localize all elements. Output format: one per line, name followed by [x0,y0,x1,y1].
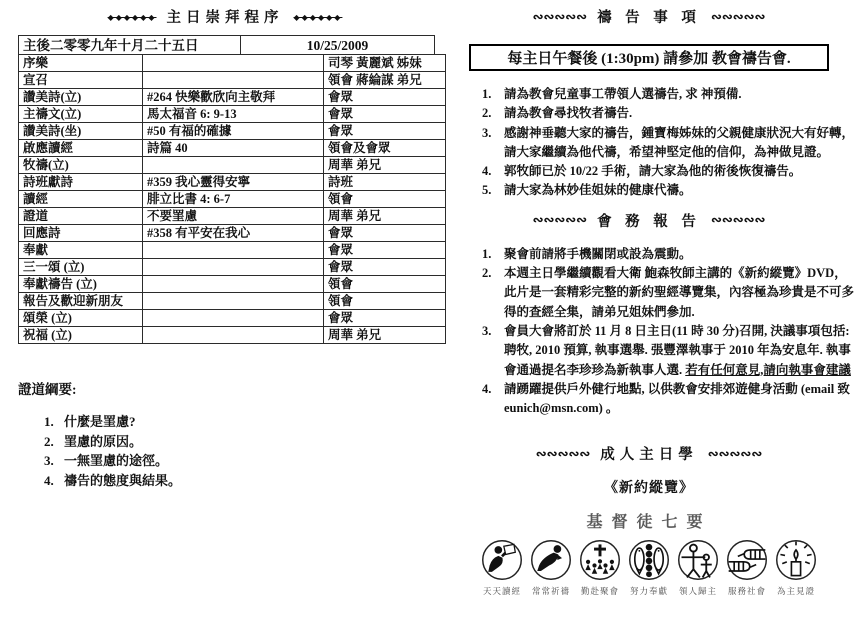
seven-label: 努力奉獻 [630,585,668,597]
worship-order-row: 讚美詩(坐) #50 有福的確據 會眾 [19,123,446,140]
date-numeric: 10/25/2009 [241,36,435,55]
seven-essentials-section: 基督徒七要 天天讀經 [438,509,860,597]
worship-order-row: 序樂 司琴 黃麗斌 姊妹 [19,55,446,72]
bulletin-page: ◆◆◆◆◆◆ 主日崇拜程序 ◆◆◆◆◆◆ 主後二零零九年十月二十五日 10/25… [0,0,864,633]
swirl-chain-icon: ∾∾∾∾∾ [533,9,587,25]
program-item: 讀經 [19,191,143,208]
report-item-text: 會員大會將訂於 11 月 8 日主日(11 時 30 分)召開, 決議事項包括:… [504,322,856,380]
swirl-chain-icon: ∾∾∾∾∾ [708,446,762,462]
prayer-item: 2. 請為教會尋找牧者禱告. [482,104,856,123]
report-item-body: 聚會前請將手機關閉或設為震動。 [504,247,692,261]
sunday-school-title: 成人主日學 [600,443,698,464]
program-leader: 詩班 [324,174,446,191]
outline-item-text: 禱告的態度與結果。 [64,471,432,491]
program-leader: 司琴 黃麗斌 姊妹 [324,55,446,72]
prayer-items-title-row: ∾∾∾∾∾ 禱 告 事 項 ∾∾∾∾∾ [438,6,860,27]
program-content [143,259,324,276]
worship-order-row: 讀經 腓立比書 4: 6-7 領會 [19,191,446,208]
prayer-item-number: 1. [482,85,504,104]
outline-item-number: 3. [44,451,64,471]
evangelism-icon [676,538,720,582]
bible-reading-icon [480,538,524,582]
worship-order-row: 啟應讀經 詩篇 40 領會及會眾 [19,140,446,157]
program-item: 奉獻禱告 (立) [19,276,143,293]
ribbon-chain-icon: ◆◆◆◆◆◆ [108,12,157,22]
report-title-row: ∾∾∾∾∾ 會 務 報 告 ∾∾∾∾∾ [438,210,860,231]
program-item: 回應詩 [19,225,143,242]
program-content: 腓立比書 4: 6-7 [143,191,324,208]
seven-item-offering: 努力奉獻 [626,538,673,597]
program-content [143,293,324,310]
announcements-section: ∾∾∾∾∾ 禱 告 事 項 ∾∾∾∾∾ 每主日午餐後 (1:30pm) 請參加 … [438,6,860,597]
prayer-item-text: 請為教會兒童事工帶領人選禱告, 求 神預備. [504,85,856,104]
outline-item: 3. 一無罣慮的途徑。 [44,451,432,471]
outline-item: 4. 禱告的態度與結果。 [44,471,432,491]
seven-essentials-heading: 基督徒七要 [438,509,860,532]
program-leader: 領會 [324,191,446,208]
program-content [143,72,324,89]
outline-item-number: 4. [44,471,64,491]
seven-item-prayer: 常常祈禱 [528,538,575,597]
program-item: 序樂 [19,55,143,72]
report-item-number: 3. [482,322,504,380]
report-item-body: 請踴躍提供戶外健行地點, 以供教會安排郊遊健身活動 (email 致 eunic… [504,382,850,415]
program-leader: 周華 弟兄 [324,157,446,174]
program-item: 讚美詩(立) [19,89,143,106]
program-leader: 領會 [324,276,446,293]
community-service-icon [725,538,769,582]
program-leader: 會眾 [324,106,446,123]
worship-order-row: 奉獻禱告 (立) 領會 [19,276,446,293]
program-content: 不要罣慮 [143,208,324,225]
seven-item-evangelism: 領人歸主 [675,538,722,597]
sermon-outline-section: 證道綱要: 1. 什麼是罣慮? 2. 罣慮的原因。 3. 一無罣 [18,378,432,490]
worship-order-row: 報告及歡迎新朋友 領會 [19,293,446,310]
program-content [143,327,324,344]
program-leader: 周華 弟兄 [324,208,446,225]
program-content [143,242,324,259]
prayer-item: 5. 請大家為林妙佳姐妹的健康代禱。 [482,181,856,200]
ribbon-chain-icon: ◆◆◆◆◆◆ [294,12,343,22]
prayer-item-text: 感謝神垂聽大家的禱告，鍾寶梅姊妹的父親健康狀況大有好轉，請大家繼續為他代禱，希望… [504,124,856,163]
program-leader: 會眾 [324,310,446,327]
outline-item: 2. 罣慮的原因。 [44,432,432,452]
report-item-text: 本週主日學繼續觀看大衛 鮑森牧師主講的《新約縱覽》DVD，此片是一套精彩完整的新… [504,264,856,322]
outline-item-number: 1. [44,412,64,432]
date-row: 主後二零零九年十月二十五日 10/25/2009 [19,36,435,55]
seven-label: 勤赴聚會 [581,585,619,597]
report-item: 1. 聚會前請將手機關閉或設為震動。 [482,245,856,264]
witness-candle-icon [774,538,818,582]
gathering-icon [578,538,622,582]
worship-order-row: 三一頌 (立) 會眾 [19,259,446,276]
program-leader: 領會 蔣綸謀 弟兄 [324,72,446,89]
outline-item-text: 一無罣慮的途徑。 [64,451,432,471]
report-items-list: 1. 聚會前請將手機關閉或設為震動。 2. 本週主日學繼續觀看大衛 鮑森牧師主講… [482,245,856,419]
worship-order-table: 序樂 司琴 黃麗斌 姊妹 宣召 領會 蔣綸謀 弟兄 讚美詩(立) #264 快樂… [18,54,446,344]
sunday-school-title-row: ∾∾∾∾∾ 成人主日學 ∾∾∾∾∾ [438,443,860,464]
seven-label: 為主見證 [777,585,815,597]
prayer-icon [529,538,573,582]
report-item-text: 聚會前請將手機關閉或設為震動。 [504,245,856,264]
outline-item-number: 2. [44,432,64,452]
worship-order-rows: 序樂 司琴 黃麗斌 姊妹 宣召 領會 蔣綸謀 弟兄 讚美詩(立) #264 快樂… [19,55,446,344]
outline-item-text: 罣慮的原因。 [64,432,432,452]
program-content: 馬太福音 6: 9-13 [143,106,324,123]
sermon-outline-list: 1. 什麼是罣慮? 2. 罣慮的原因。 3. 一無罣慮的途徑。 4. [44,412,432,490]
worship-order-row: 頌榮 (立) 會眾 [19,310,446,327]
program-leader: 會眾 [324,242,446,259]
program-leader: 周華 弟兄 [324,327,446,344]
swirl-chain-icon: ∾∾∾∾∾ [536,446,590,462]
seven-item-witness: 為主見證 [773,538,820,597]
program-content [143,55,324,72]
prayer-item-number: 3. [482,124,504,163]
worship-order-row: 詩班獻詩 #359 我心靈得安寧 詩班 [19,174,446,191]
prayer-item-text: 請為教會尋找牧者禱告. [504,104,856,123]
worship-order-row: 證道 不要罣慮 周華 弟兄 [19,208,446,225]
program-item: 三一頌 (立) [19,259,143,276]
date-row-table: 主後二零零九年十月二十五日 10/25/2009 [18,35,435,55]
seven-label: 常常祈禱 [532,585,570,597]
prayer-item: 3. 感謝神垂聽大家的禱告，鍾寶梅姊妹的父親健康狀況大有好轉，請大家繼續為他代禱… [482,124,856,163]
report-item-number: 4. [482,380,504,419]
sermon-outline-heading: 證道綱要: [18,378,432,398]
swirl-chain-icon: ∾∾∾∾∾ [711,212,765,228]
worship-order-row: 主禱文(立) 馬太福音 6: 9-13 會眾 [19,106,446,123]
program-item: 宣召 [19,72,143,89]
program-content: 詩篇 40 [143,140,324,157]
outline-item: 1. 什麼是罣慮? [44,412,432,432]
program-item: 詩班獻詩 [19,174,143,191]
program-item: 讚美詩(坐) [19,123,143,140]
prayer-meeting-notice: 每主日午餐後 (1:30pm) 請參加 教會禱告會. [469,44,829,71]
program-leader: 會眾 [324,225,446,242]
worship-order-row: 宣召 領會 蔣綸謀 弟兄 [19,72,446,89]
program-content [143,157,324,174]
report-item: 2. 本週主日學繼續觀看大衛 鮑森牧師主講的《新約縱覽》DVD，此片是一套精彩完… [482,264,856,322]
worship-order-section: ◆◆◆◆◆◆ 主日崇拜程序 ◆◆◆◆◆◆ 主後二零零九年十月二十五日 10/25… [18,6,432,490]
prayer-items-title: 禱 告 事 項 [597,6,701,27]
program-item: 證道 [19,208,143,225]
program-item: 啟應讀經 [19,140,143,157]
report-item: 3. 會員大會將訂於 11 月 8 日主日(11 時 30 分)召開, 決議事項… [482,322,856,380]
program-leader: 會眾 [324,89,446,106]
worship-order-title: 主日崇拜程序 [167,6,284,27]
seven-item-gathering: 勤赴聚會 [577,538,624,597]
program-leader: 會眾 [324,123,446,140]
seven-label: 領人歸主 [679,585,717,597]
program-content: #358 有平安在我心 [143,225,324,242]
program-item: 頌榮 (立) [19,310,143,327]
seven-essentials-row: 天天讀經 常常祈禱 [438,538,860,597]
program-item: 奉獻 [19,242,143,259]
outline-item-text: 什麼是罣慮? [64,412,432,432]
prayer-items-list: 1. 請為教會兒童事工帶領人選禱告, 求 神預備. 2. 請為教會尋找牧者禱告.… [482,85,856,201]
program-content [143,310,324,327]
program-item: 祝福 (立) [19,327,143,344]
prayer-item-number: 5. [482,181,504,200]
offering-icon [627,538,671,582]
sunday-school-subtitle: 《新約縱覽》 [438,477,860,497]
worship-order-title-row: ◆◆◆◆◆◆ 主日崇拜程序 ◆◆◆◆◆◆ [18,6,432,27]
swirl-chain-icon: ∾∾∾∾∾ [533,212,587,228]
report-item-text: 請踴躍提供戶外健行地點, 以供教會安排郊遊健身活動 (email 致 eunic… [504,380,856,419]
swirl-chain-icon: ∾∾∾∾∾ [711,9,765,25]
report-item-number: 1. [482,245,504,264]
seven-item-service: 服務社會 [724,538,771,597]
worship-order-row: 祝福 (立) 周華 弟兄 [19,327,446,344]
program-leader: 會眾 [324,259,446,276]
program-leader: 領會及會眾 [324,140,446,157]
prayer-item: 4. 郭牧師已於 10/22 手術，請大家為他的術後恢復禱告。 [482,162,856,181]
program-item: 報告及歡迎新朋友 [19,293,143,310]
prayer-item-number: 4. [482,162,504,181]
program-content: #50 有福的確據 [143,123,324,140]
program-content: #359 我心靈得安寧 [143,174,324,191]
program-content [143,276,324,293]
seven-label: 天天讀經 [483,585,521,597]
worship-order-row: 牧禱(立) 周華 弟兄 [19,157,446,174]
program-leader: 領會 [324,293,446,310]
report-item-number: 2. [482,264,504,322]
report-item-body: 本週主日學繼續觀看大衛 鮑森牧師主講的《新約縱覽》DVD，此片是一套精彩完整的新… [504,266,854,319]
worship-order-row: 回應詩 #358 有平安在我心 會眾 [19,225,446,242]
prayer-item-number: 2. [482,104,504,123]
program-item: 主禱文(立) [19,106,143,123]
report-title: 會 務 報 告 [597,210,701,231]
prayer-item-text: 請大家為林妙佳姐妹的健康代禱。 [504,181,856,200]
program-item: 牧禱(立) [19,157,143,174]
prayer-item: 1. 請為教會兒童事工帶領人選禱告, 求 神預備. [482,85,856,104]
program-content: #264 快樂歡欣向主敬拜 [143,89,324,106]
report-item-underlined: 若有任何意見,請向執事會建議 [685,363,851,377]
seven-item-bible-reading: 天天讀經 [479,538,526,597]
report-item: 4. 請踴躍提供戶外健行地點, 以供教會安排郊遊健身活動 (email 致 eu… [482,380,856,419]
seven-label: 服務社會 [728,585,766,597]
date-chinese: 主後二零零九年十月二十五日 [19,36,241,55]
prayer-item-text: 郭牧師已於 10/22 手術，請大家為他的術後恢復禱告。 [504,162,856,181]
worship-order-row: 讚美詩(立) #264 快樂歡欣向主敬拜 會眾 [19,89,446,106]
worship-order-row: 奉獻 會眾 [19,242,446,259]
